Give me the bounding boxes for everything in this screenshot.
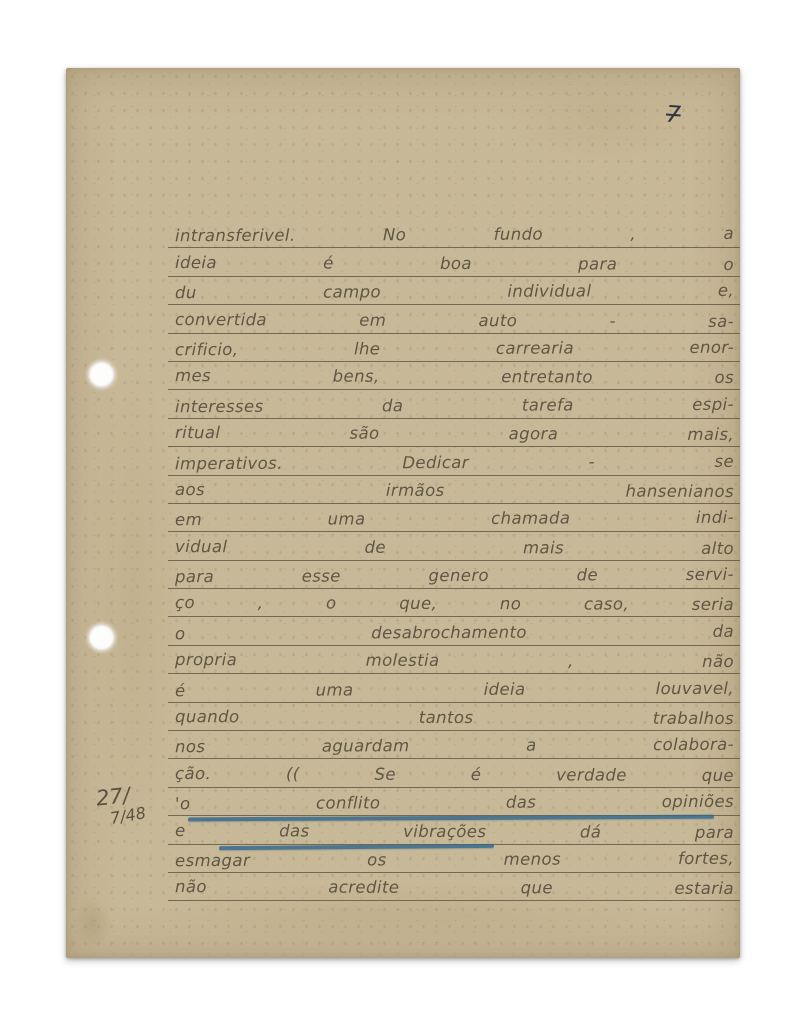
punch-hole-bottom [88,624,115,651]
manuscript-line-text: ritual são agora mais, [168,422,740,447]
manuscript-line: vidual de mais alto [168,532,740,560]
manuscript-line-text: 'o conflito das opiniões [168,791,740,816]
manuscript-line-text: interesses da tarefa espi- [168,393,740,418]
manuscript-line-text: convertida em auto - sa- [168,309,740,334]
manuscript-line-text: o desabrochamento da [168,621,740,646]
manuscript-line: o desabrochamento da [168,617,740,645]
manuscript-line-text: crificio, lhe carrearia enor- [168,337,740,362]
manuscript-line-text: é uma ideia louvavel, [168,677,740,702]
manuscript-line: e das vibrações dá para [168,816,740,844]
manuscript-line-text: ideia é boa para o [168,252,740,277]
manuscript-line-text: não acredite que estaria [168,876,740,901]
page-number: 7 [665,102,681,129]
manuscript-line-text: nos aguardam a colabora- [168,734,740,759]
manuscript-line-text: ço , o que, no caso, seria [168,592,740,617]
manuscript-line: du campo individual e, [168,277,740,305]
manuscript-line: esmagar os menos fortes, [168,845,740,873]
manuscript-line: 'o conflito das opiniões [168,788,740,816]
manuscript-line-text: para esse genero de servi- [168,564,740,589]
manuscript-line: ritual são agora mais, [168,419,740,447]
manuscript-line-text: du campo individual e, [168,280,740,305]
manuscript-page: 7 intransferivel. No fundo , aideia é bo… [66,68,740,958]
manuscript-line: em uma chamada indi- [168,504,740,532]
manuscript-line-text: aos irmãos hansenianos [168,479,740,504]
manuscript-line: propria molestia , não [168,646,740,674]
manuscript-line-text: mes bens, entretanto os [168,365,740,390]
manuscript-line: crificio, lhe carrearia enor- [168,334,740,362]
manuscript-lines: intransferivel. No fundo , aideia é boa … [168,220,740,901]
manuscript-line-text: intransferivel. No fundo , a [168,223,740,248]
manuscript-line: interesses da tarefa espi- [168,390,740,418]
manuscript-line-text: propria molestia , não [168,649,740,674]
manuscript-line: quando tantos trabalhos [168,703,740,731]
manuscript-line: para esse genero de servi- [168,561,740,589]
manuscript-line: mes bens, entretanto os [168,362,740,390]
manuscript-line: não acredite que estaria [168,873,740,901]
manuscript-line-text: esmagar os menos fortes, [168,848,740,873]
manuscript-line-text: em uma chamada indi- [168,507,740,532]
date-annotation: 27/ 7/48 [96,784,146,825]
manuscript-line-text: e das vibrações dá para [168,820,740,845]
manuscript-line: convertida em auto - sa- [168,305,740,333]
manuscript-line: é uma ideia louvavel, [168,674,740,702]
manuscript-line: imperativos. Dedicar - se [168,447,740,475]
manuscript-line: ção. (( Se é verdade que [168,759,740,787]
photo-backdrop: 7 intransferivel. No fundo , aideia é bo… [0,0,807,1024]
manuscript-line: ço , o que, no caso, seria [168,589,740,617]
manuscript-line-text: quando tantos trabalhos [168,706,740,731]
manuscript-line: aos irmãos hansenianos [168,476,740,504]
manuscript-line-text: ção. (( Se é verdade que [168,763,740,788]
punch-hole-top [88,361,115,388]
manuscript-line-text: imperativos. Dedicar - se [168,450,740,475]
manuscript-line: intransferivel. No fundo , a [168,220,740,248]
manuscript-line: ideia é boa para o [168,248,740,276]
manuscript-line-text: vidual de mais alto [168,536,740,561]
manuscript-line: nos aguardam a colabora- [168,731,740,759]
